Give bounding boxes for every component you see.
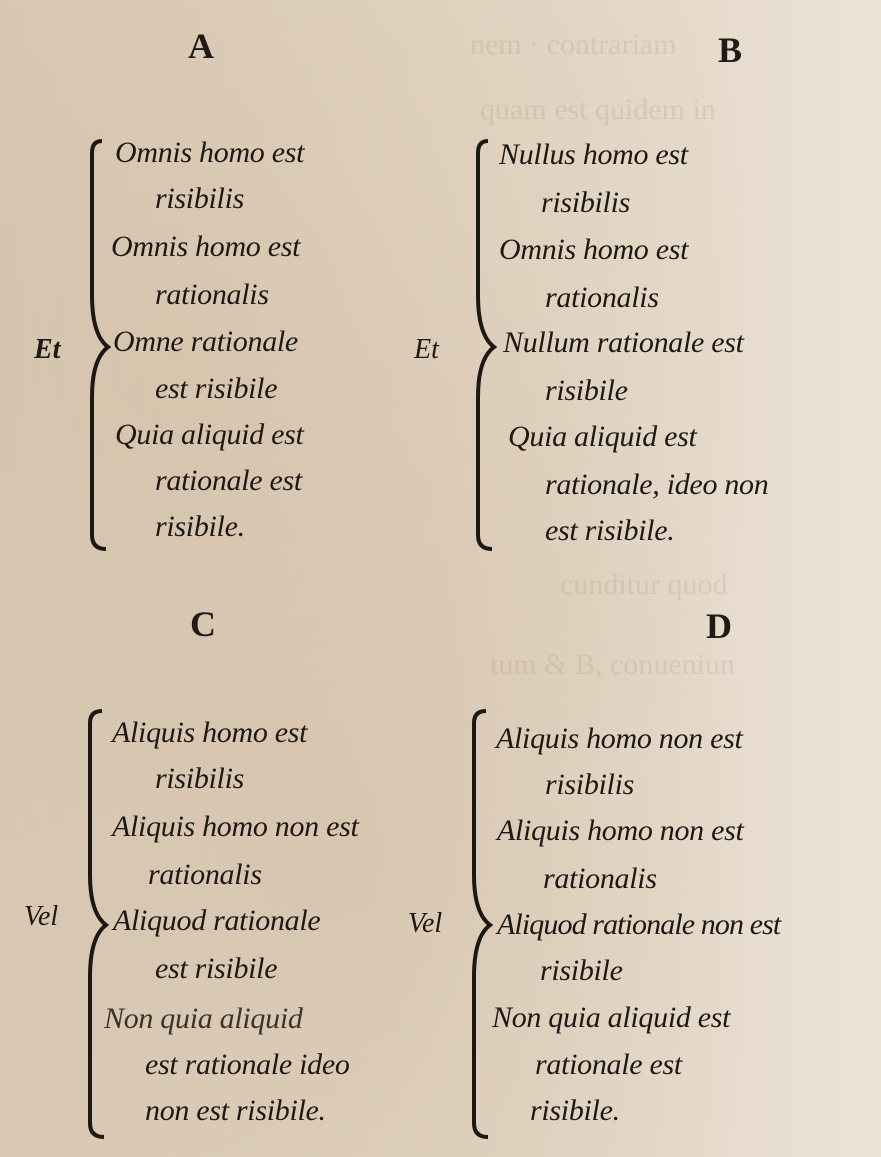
proposition-line: Omnis homo est: [111, 232, 300, 262]
bleed-through-text: cunditur quod: [560, 570, 727, 600]
proposition-line: rationalis: [148, 860, 262, 890]
proposition-line: Omnis homo est: [115, 138, 304, 168]
proposition-line: risibile.: [530, 1096, 620, 1126]
panel-a-connective: Et: [34, 336, 60, 364]
proposition-line: Aliquis homo non est: [112, 812, 359, 842]
panel-c-curly-brace: [78, 705, 118, 1145]
proposition-line: est rationale ideo: [145, 1050, 350, 1080]
panel-b-connective: Et: [414, 336, 439, 364]
proposition-line: risibile: [540, 956, 623, 986]
proposition-line: non est risibile.: [145, 1096, 326, 1126]
proposition-line: Quia aliquid est: [115, 420, 304, 450]
proposition-line: Quia aliquid est: [508, 422, 697, 452]
panel-c-label: C: [190, 606, 216, 642]
bleed-through-text: tum & B, conueniun: [490, 650, 735, 680]
proposition-line: est risibile: [155, 374, 277, 404]
proposition-line: risibilis: [155, 184, 244, 214]
proposition-line: Aliquod rationale: [113, 906, 320, 936]
panel-d-curly-brace: [462, 705, 502, 1145]
proposition-line: Aliquis homo non est: [497, 816, 744, 846]
proposition-line: risibilis: [541, 188, 630, 218]
panel-d-label: D: [706, 608, 732, 644]
proposition-line: est risibile: [155, 954, 277, 984]
proposition-line: Omnis homo est: [499, 235, 688, 265]
proposition-line: rationalis: [545, 283, 659, 313]
panel-a-label: A: [188, 28, 214, 64]
proposition-line: Aliquod rationale non est: [497, 910, 780, 940]
proposition-line: Non quia aliquid: [104, 1004, 303, 1034]
proposition-line: Nullus homo est: [499, 140, 688, 170]
proposition-line: rationale est: [535, 1050, 682, 1080]
panel-d-connective: Vel: [408, 910, 442, 938]
proposition-line: est risibile.: [545, 516, 674, 546]
proposition-line: Omne rationale: [113, 327, 298, 357]
proposition-line: Aliquis homo non est: [496, 724, 743, 754]
proposition-line: rationale, ideo non: [545, 470, 768, 500]
proposition-line: Aliquis homo est: [112, 718, 307, 748]
bleed-through-text: nem · contrariam: [470, 30, 677, 60]
proposition-line: rationale est: [155, 466, 302, 496]
panel-b-curly-brace: [466, 135, 506, 555]
proposition-line: Non quia aliquid est: [492, 1003, 730, 1033]
bleed-through-text: quam est quidem in: [480, 95, 716, 125]
proposition-line: rationalis: [155, 280, 269, 310]
scanned-page: nem · contrariam quam est quidem in cund…: [0, 0, 881, 1157]
proposition-line: rationalis: [543, 864, 657, 894]
panel-b-label: B: [718, 32, 742, 68]
proposition-line: risibilis: [545, 770, 634, 800]
proposition-line: risibile.: [155, 512, 245, 542]
proposition-line: risibilis: [155, 764, 244, 794]
proposition-line: risibile: [545, 376, 628, 406]
panel-c-connective: Vel: [24, 903, 58, 931]
proposition-line: Nullum rationale est: [503, 328, 744, 358]
